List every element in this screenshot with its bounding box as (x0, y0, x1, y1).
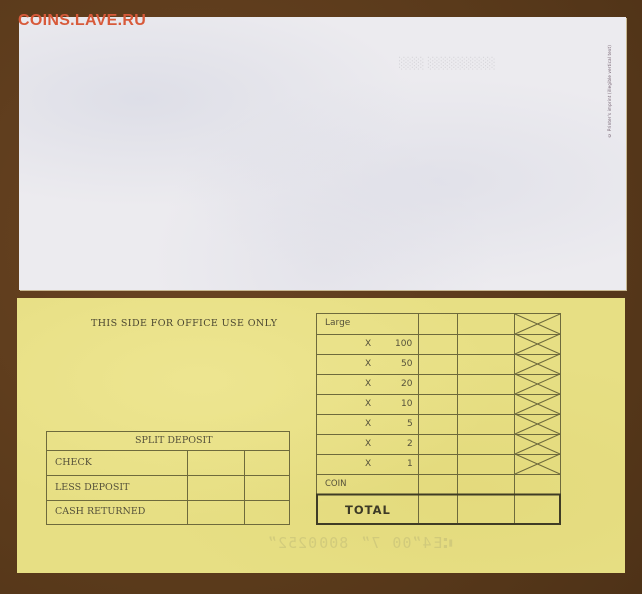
split-deposit-title: SPLIT DEPOSIT (135, 435, 213, 446)
denomination-20: 20 (401, 379, 412, 389)
multiplier-x: X (365, 439, 371, 449)
multiplier-x: X (365, 459, 371, 469)
total-amount-field[interactable] (458, 495, 514, 524)
coin-amount-field[interactable] (458, 475, 514, 494)
denomination-50: 50 (401, 359, 412, 369)
cash-returned-amount-field[interactable] (188, 501, 244, 524)
denomination-5: 5 (407, 419, 413, 429)
multiplier-x: X (365, 339, 371, 349)
check-label: CHECK (55, 457, 92, 468)
multiplier-x: X (365, 419, 371, 429)
printer-imprint: © Printer's imprint (illegible vertical … (607, 45, 612, 138)
check-cents-field[interactable] (245, 451, 289, 475)
less-deposit-amount-field[interactable] (188, 476, 244, 500)
cash-returned-cents-field[interactable] (245, 501, 289, 524)
currency-amount-column[interactable] (458, 314, 514, 474)
less-deposit-label: LESS DEPOSIT (55, 482, 129, 493)
denomination-100: 100 (395, 339, 412, 349)
large-bills-label: Large (325, 318, 350, 328)
multiplier-x: X (365, 399, 371, 409)
total-cents-field[interactable] (515, 495, 560, 524)
total-label: TOTAL (345, 503, 391, 517)
show-through-text: ░░░ ░░░░░░░░ (399, 57, 496, 70)
denomination-10: 10 (401, 399, 412, 409)
cash-returned-label: CASH RETURNED (55, 506, 145, 517)
form-grid (17, 298, 625, 573)
less-deposit-cents-field[interactable] (245, 476, 289, 500)
multiplier-x: X (365, 379, 371, 389)
denomination-1: 1 (407, 459, 413, 469)
multiplier-x: X (365, 359, 371, 369)
coin-count-field[interactable] (419, 475, 457, 494)
coin-cents-field[interactable] (515, 475, 560, 494)
denomination-2: 2 (407, 439, 413, 449)
watermark-text: COINS.LAVE.RU (18, 12, 146, 30)
coin-label: COIN (325, 479, 347, 489)
deposit-slip-back: THIS SIDE FOR OFFICE USE ONLY ⑆E⑐4”00⑆ 7… (17, 298, 625, 573)
check-amount-field[interactable] (188, 451, 244, 475)
currency-dollars-column[interactable] (419, 314, 457, 474)
deposit-slip-front: ░░░ ░░░░░░░░ © Printer's imprint (illegi… (19, 17, 626, 290)
